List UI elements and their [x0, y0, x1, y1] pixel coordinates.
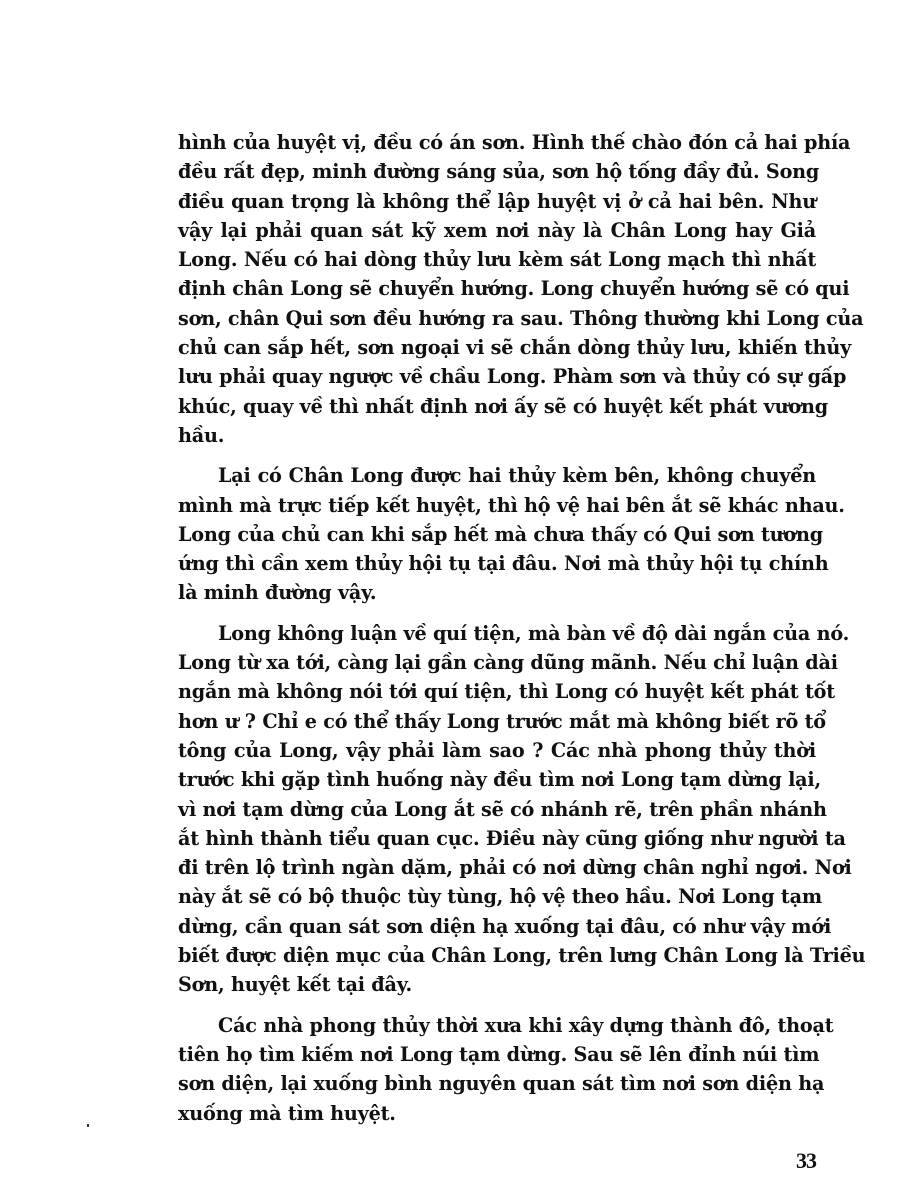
text-line: là minh đường vậy.	[178, 578, 816, 607]
page-number: 33	[796, 1148, 816, 1174]
text-line: hình của huyệt vị, đều có án sơn. Hình t…	[178, 128, 816, 157]
body-text: hình của huyệt vị, đều có án sơn. Hình t…	[178, 128, 816, 1128]
paragraph-2: Lại có Chân Long được hai thủy kèm bên, …	[178, 461, 816, 607]
paragraph-1: hình của huyệt vị, đều có án sơn. Hình t…	[178, 128, 816, 450]
book-page: hình của huyệt vị, đều có án sơn. Hình t…	[0, 0, 921, 1200]
text-line: đi trên lộ trình ngàn dặm, phải có nơi d…	[178, 853, 816, 882]
text-line: này ắt sẽ có bộ thuộc tùy tùng, hộ vệ th…	[178, 882, 816, 911]
text-line: sơn diện, lại xuống bình nguyên quan sát…	[178, 1069, 816, 1098]
text-line: sơn, chân Qui sơn đều hướng ra sau. Thôn…	[178, 304, 816, 333]
text-line: đều rất đẹp, minh đường sáng sủa, sơn hộ…	[178, 157, 816, 186]
paragraph-3: Long không luận về quí tiện, mà bàn về đ…	[178, 619, 816, 1000]
text-line: tiên họ tìm kiếm nơi Long tạm dừng. Sau …	[178, 1040, 816, 1069]
scan-speck	[87, 1124, 89, 1127]
text-line: ắt hình thành tiểu quan cục. Điều này cũ…	[178, 824, 816, 853]
text-line: vậy lại phải quan sát kỹ xem nơi này là …	[178, 216, 816, 245]
text-line: ứng thì cần xem thủy hội tụ tại đâu. Nơi…	[178, 549, 816, 578]
text-line: điều quan trọng là không thể lập huyệt v…	[178, 187, 816, 216]
text-line: mình mà trực tiếp kết huyệt, thì hộ vệ h…	[178, 491, 816, 520]
paragraph-gap	[178, 450, 816, 461]
paragraph-gap	[178, 608, 816, 619]
text-line: Long không luận về quí tiện, mà bàn về đ…	[178, 619, 816, 648]
text-line: trước khi gặp tình huống này đều tìm nơi…	[178, 765, 816, 794]
text-line: tông của Long, vậy phải làm sao ? Các nh…	[178, 736, 816, 765]
text-line: khúc, quay về thì nhất định nơi ấy sẽ có…	[178, 392, 816, 421]
text-line: ngắn mà không nói tới quí tiện, thì Long…	[178, 677, 816, 706]
text-line: lưu phải quay ngược về chầu Long. Phàm s…	[178, 362, 816, 391]
paragraph-gap	[178, 1000, 816, 1011]
paragraph-4: Các nhà phong thủy thời xưa khi xây dựng…	[178, 1011, 816, 1128]
text-line: vì nơi tạm dừng của Long ắt sẽ có nhánh …	[178, 795, 816, 824]
text-line: Long từ xa tới, càng lại gần càng dũng m…	[178, 648, 816, 677]
text-line: Long của chủ can khi sắp hết mà chưa thấ…	[178, 520, 816, 549]
scan-speck	[814, 508, 816, 510]
text-line: biết được diện mục của Chân Long, trên l…	[178, 941, 816, 970]
text-line: Các nhà phong thủy thời xưa khi xây dựng…	[178, 1011, 816, 1040]
text-line: Long. Nếu có hai dòng thủy lưu kèm sát L…	[178, 245, 816, 274]
text-line: hầu.	[178, 421, 816, 450]
text-line: Sơn, huyệt kết tại đây.	[178, 970, 816, 999]
text-line: xuống mà tìm huyệt.	[178, 1099, 816, 1128]
text-line: Lại có Chân Long được hai thủy kèm bên, …	[178, 461, 816, 490]
text-line: định chân Long sẽ chuyển hướng. Long chu…	[178, 274, 816, 303]
text-line: dừng, cần quan sát sơn diện hạ xuống tại…	[178, 912, 816, 941]
text-line: chủ can sắp hết, sơn ngoại vi sẽ chắn dò…	[178, 333, 816, 362]
text-line: hơn ư ? Chỉ e có thể thấy Long trước mắt…	[178, 707, 816, 736]
